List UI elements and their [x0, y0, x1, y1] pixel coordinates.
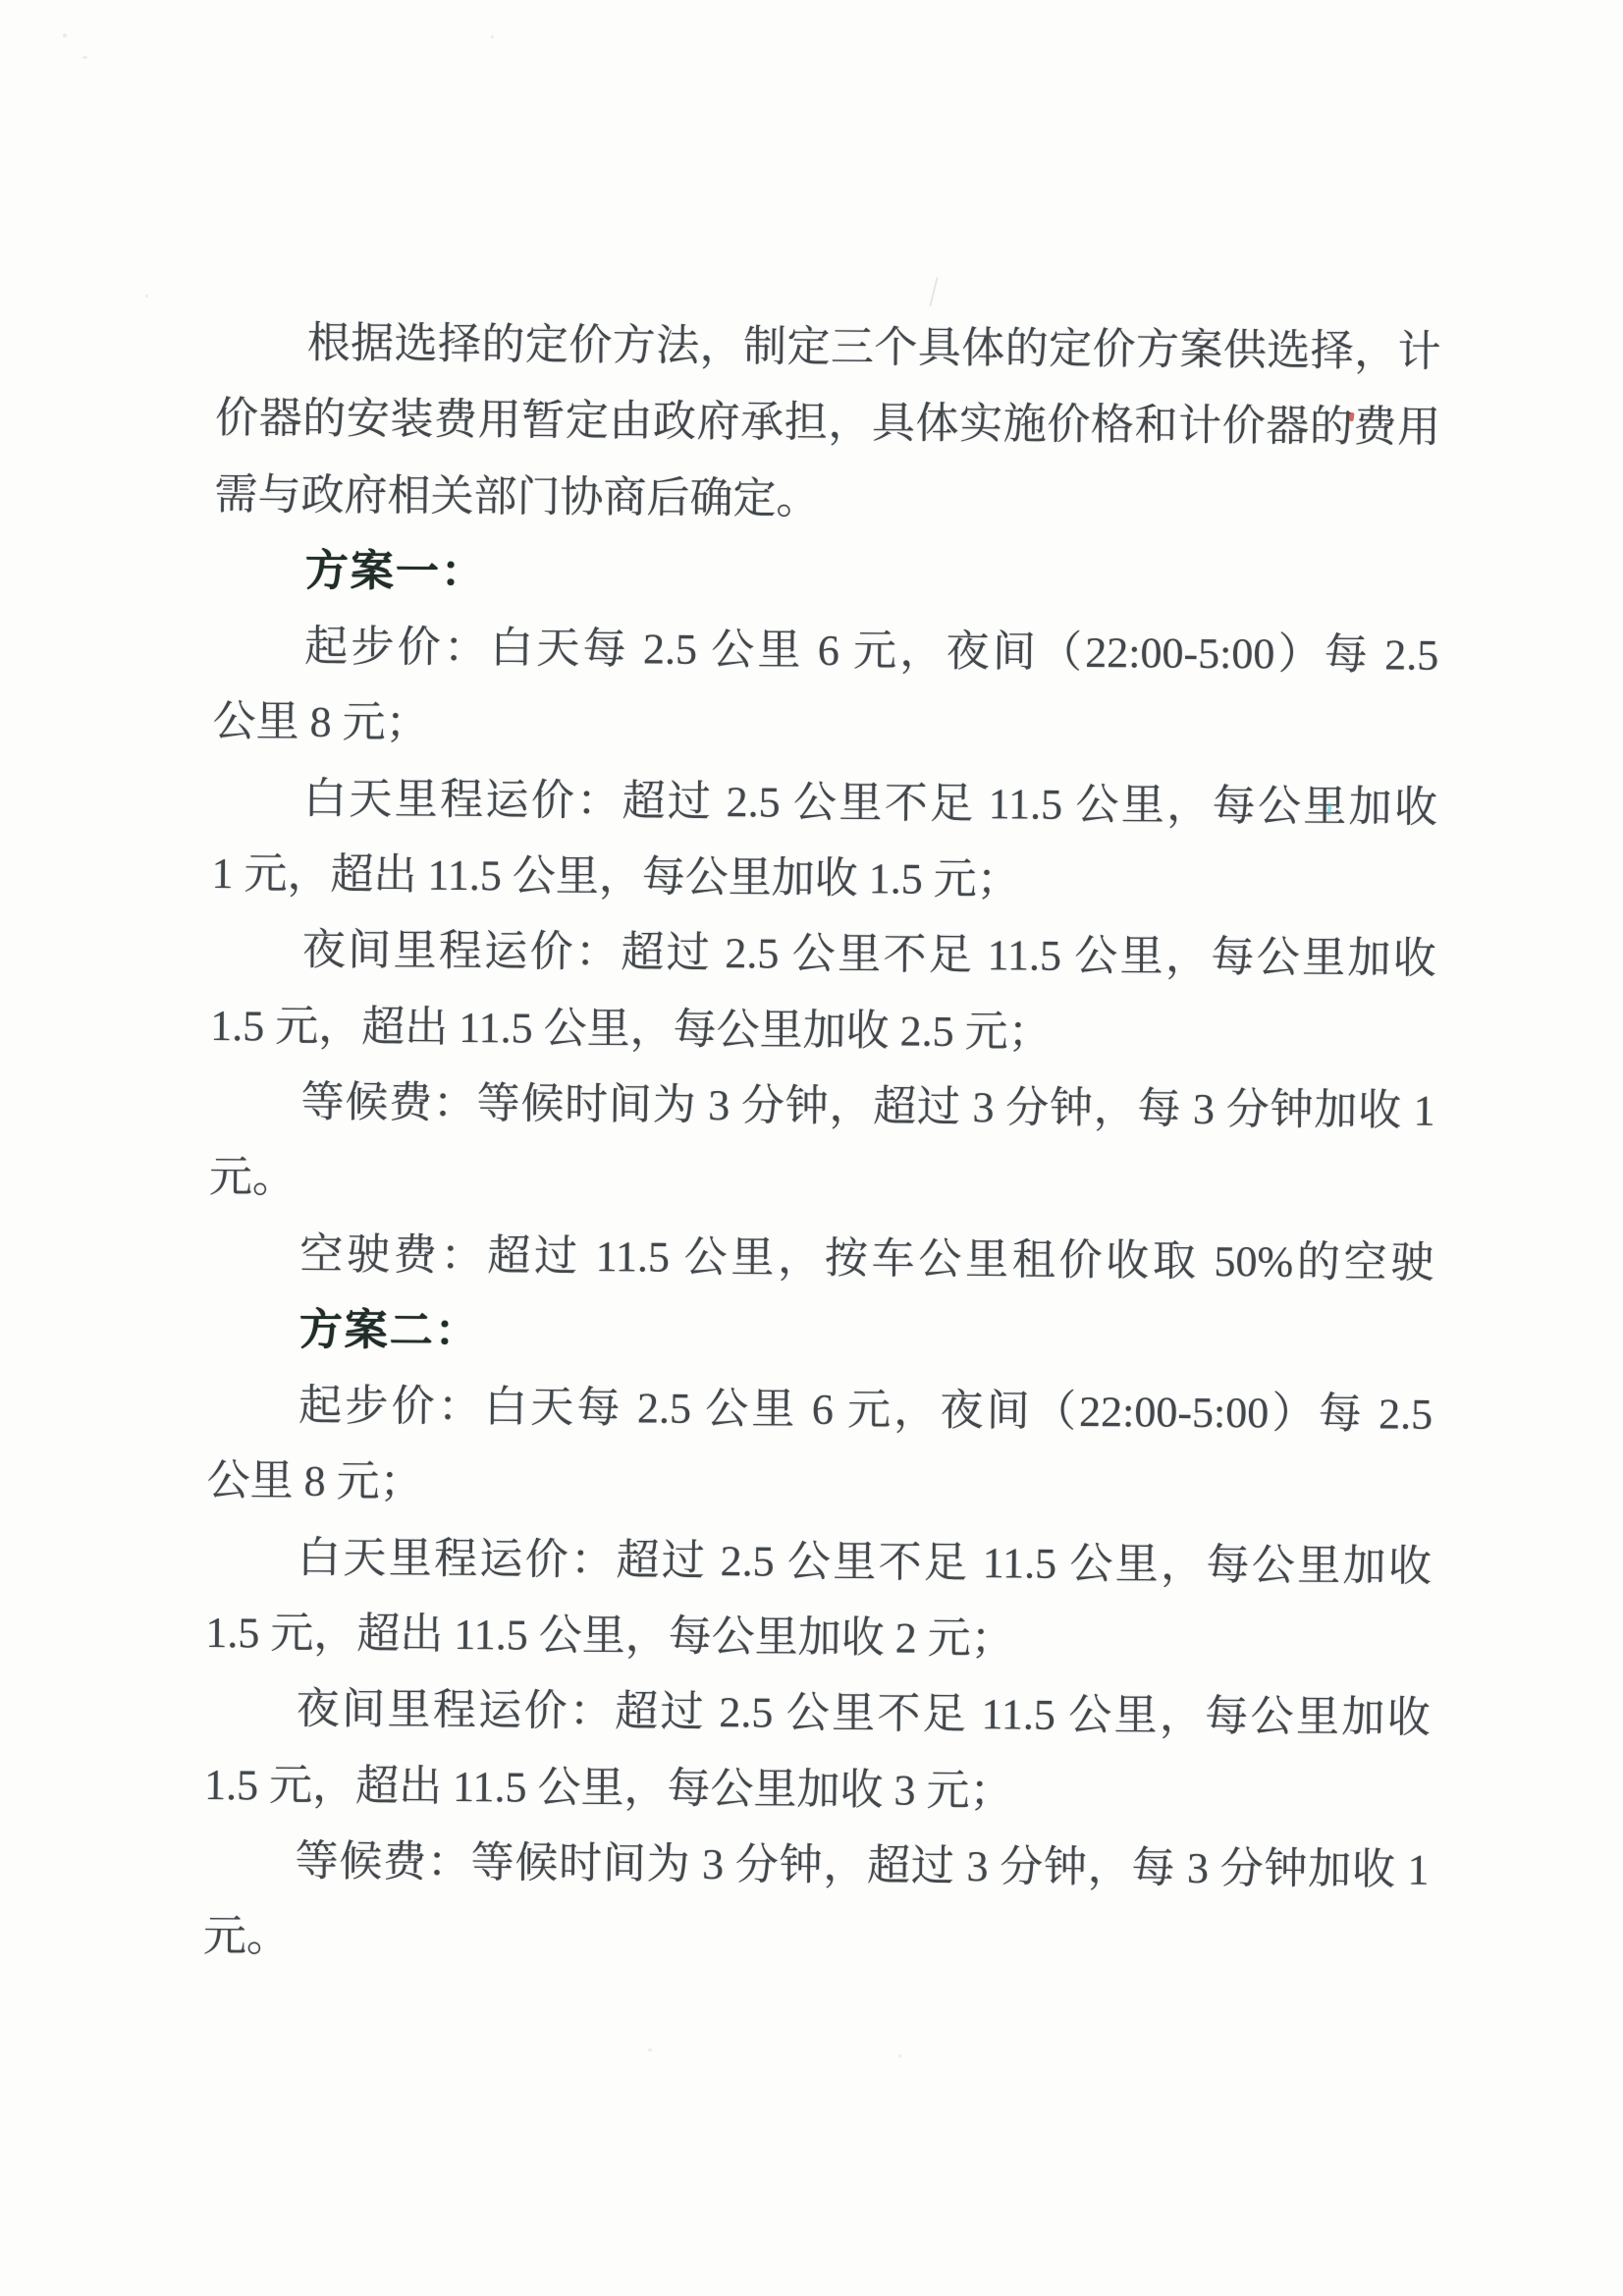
document-page: 根据选择的定价方法，制定三个具体的定价方案供选择，计 价器的安装费用暂定由政府承… — [0, 0, 1623, 2296]
intro-paragraph-line-2: 价器的安装费用暂定由政府承担，具体实施价格和计价器的费用 — [215, 380, 1441, 465]
plan2-base-fare-line-2: 公里 8 元； — [206, 1443, 1433, 1528]
plan2-day-rate-line-1: 白天里程运价：超过 2.5 公里不足 11.5 公里，每公里加收 — [206, 1519, 1433, 1605]
plan2-night-rate-line-2: 1.5 元，超出 11.5 公里，每公里加收 3 元； — [204, 1747, 1431, 1832]
scan-speck — [491, 35, 494, 38]
plan1-base-fare-line-2: 公里 8 元； — [212, 683, 1438, 769]
plan1-waiting-fee-line-2: 元。 — [209, 1139, 1435, 1225]
scan-speck — [145, 295, 148, 298]
intro-paragraph-line-3: 需与政府相关部门协商后确定。 — [214, 457, 1440, 542]
plan1-empty-run-fee-line: 空驶费：超过 11.5 公里，按车公里租价收取 50%的空驶费； — [208, 1216, 1434, 1301]
plan1-base-fare-line-1: 起步价：白天每 2.5 公里 6 元，夜间（22:00-5:00）每 2.5 — [213, 608, 1439, 693]
document-text-block: 根据选择的定价方法，制定三个具体的定价方案供选择，计 价器的安装费用暂定由政府承… — [203, 304, 1441, 1984]
plan1-day-rate-line-2: 1 元，超出 11.5 公里，每公里加收 1.5 元； — [211, 836, 1437, 921]
plan1-waiting-fee-line-1: 等候费：等候时间为 3 分钟，超过 3 分钟，每 3 分钟加收 1 — [209, 1064, 1435, 1149]
plan1-night-rate-line-2: 1.5 元，超出 11.5 公里，每公里加收 2.5 元； — [210, 988, 1436, 1073]
plan2-day-rate-line-2: 1.5 元，超出 11.5 公里，每公里加收 2 元； — [205, 1595, 1432, 1680]
intro-paragraph-line-1: 根据选择的定价方法，制定三个具体的定价方案供选择，计 — [215, 304, 1441, 390]
plan2-waiting-fee-line-1: 等候费：等候时间为 3 分钟，超过 3 分钟，每 3 分钟加收 1 — [203, 1823, 1430, 1908]
scan-speck — [82, 56, 87, 59]
scan-speck — [898, 2054, 901, 2057]
plan2-night-rate-line-1: 夜间里程运价：超过 2.5 公里不足 11.5 公里，每公里加收 — [204, 1670, 1431, 1756]
plan2-base-fare-line-1: 起步价：白天每 2.5 公里 6 元，夜间（22:00-5:00）每 2.5 — [207, 1367, 1434, 1452]
scan-squiggle-mark — [929, 277, 938, 306]
scan-speck — [648, 2049, 652, 2051]
plan1-heading: 方案一： — [214, 532, 1440, 618]
plan2-waiting-fee-line-2: 元。 — [203, 1898, 1430, 1984]
plan1-day-rate-line-1: 白天里程运价：超过 2.5 公里不足 11.5 公里，每公里加收 — [212, 760, 1438, 846]
plan1-night-rate-line-1: 夜间里程运价：超过 2.5 公里不足 11.5 公里，每公里加收 — [211, 911, 1437, 997]
plan2-heading: 方案二： — [208, 1291, 1434, 1377]
scan-speck — [63, 33, 67, 37]
